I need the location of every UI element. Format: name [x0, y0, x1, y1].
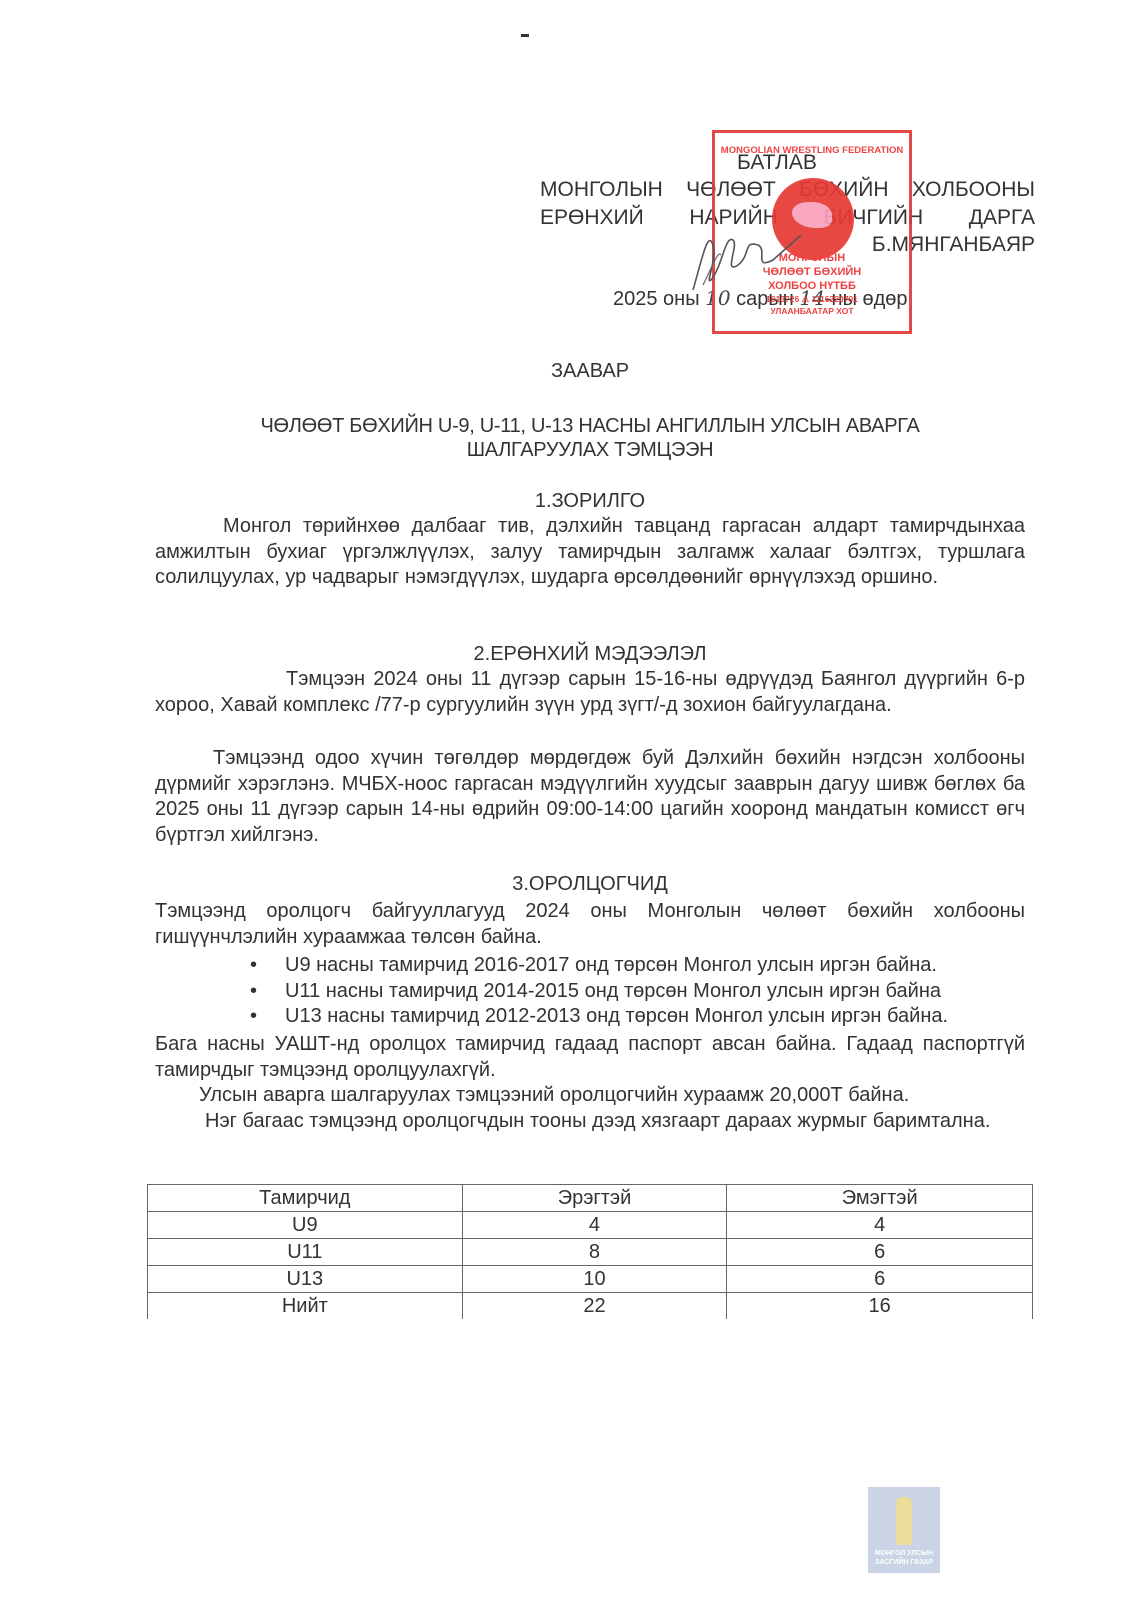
section-goal-text: Монгол төрийнхөө далбааг тив, дэлхийн та… — [155, 514, 1025, 591]
section-goal-heading: 1.ЗОРИЛГО — [150, 490, 1030, 513]
section-general-para2: Тэмцээнд одоо хүчин төгөлдөр мөрдөгдөж б… — [155, 746, 1025, 848]
document-type: ЗААВАР — [150, 360, 1030, 383]
table-row-total: Нийт 22 16 — [148, 1293, 1033, 1320]
table-row: U13 10 6 — [148, 1266, 1033, 1293]
section-general-heading: 2.ЕРӨНХИЙ МЭДЭЭЛЭЛ — [150, 643, 1030, 666]
scan-mark — [521, 34, 529, 37]
stamp-top-text: MONGOLIAN WRESTLING FEDERATION — [715, 145, 909, 157]
column-header: Тамирчид — [148, 1185, 463, 1212]
section-participants-intro: Тэмцээнд оролцогч байгууллагууд 2024 оны… — [155, 899, 1025, 950]
entry-fee: Улсын аварга шалгаруулах тэмцээний оролц… — [155, 1083, 1025, 1109]
list-item: U11 насны тамирчид 2014-2015 онд төрсөн … — [250, 979, 948, 1005]
section-participants-heading: 3.ОРОЛЦОГЧИД — [150, 873, 1030, 896]
government-watermark: МОНГОЛ УЛСЫН ЗАСГИЙН ГАЗАР — [868, 1487, 940, 1573]
team-limit-note: Нэг багаас тэмцээнд оролцогчдын тооны дэ… — [155, 1109, 1025, 1135]
quota-table: Тамирчид Эрэгтэй Эмэгтэй U9 4 4 U11 8 6 … — [147, 1184, 1033, 1319]
section-general-para1: Тэмцээн 2024 оны 11 дүгээр сарын 15-16-н… — [155, 667, 1025, 718]
column-header: Эмэгтэй — [727, 1185, 1033, 1212]
table-row: U11 8 6 — [148, 1239, 1033, 1266]
soyombo-emblem-icon — [896, 1497, 912, 1545]
eligibility-list: U9 насны тамирчид 2016-2017 онд төрсөн М… — [250, 953, 948, 1030]
signature-icon — [683, 225, 803, 295]
document-title: ЧӨЛӨӨТ БӨХИЙН U-9, U-11, U-13 НАСНЫ АНГИ… — [150, 414, 1030, 462]
table-row: U9 4 4 — [148, 1212, 1033, 1239]
column-header: Эрэгтэй — [462, 1185, 727, 1212]
passport-requirement: Бага насны УАШТ-нд оролцох тамирчид гада… — [155, 1032, 1025, 1083]
list-item: U13 насны тамирчид 2012-2013 онд төрсөн … — [250, 1004, 948, 1030]
list-item: U9 насны тамирчид 2016-2017 онд төрсөн М… — [250, 953, 948, 979]
table-header-row: Тамирчид Эрэгтэй Эмэгтэй — [148, 1185, 1033, 1212]
